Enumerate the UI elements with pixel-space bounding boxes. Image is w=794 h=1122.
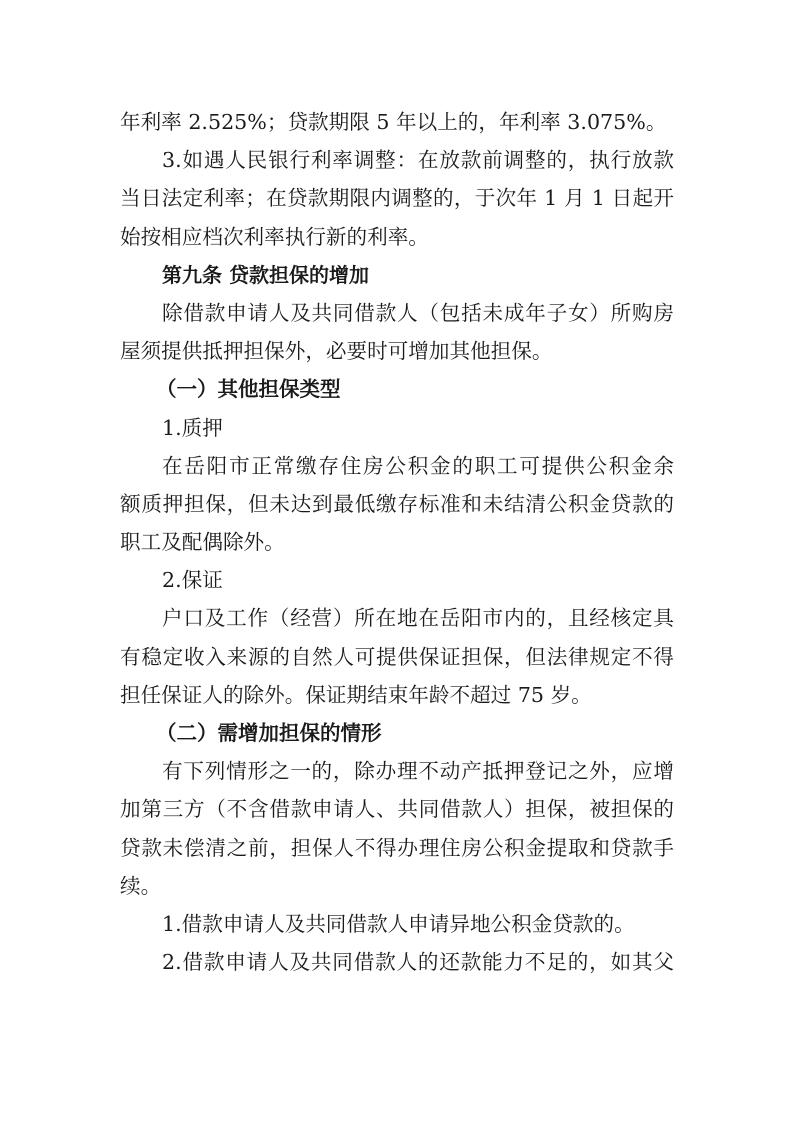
guarantee-paragraph-line-3: 担任保证人的除外。保证期结束年龄不超过 75 岁。 — [120, 676, 674, 714]
pledge-paragraph-line-3: 职工及配偶除外。 — [120, 523, 674, 561]
rate-adjustment-clause-line-3: 始按相应档次利率执行新的利率。 — [120, 218, 674, 256]
case-item-2: 2.借款申请人及共同借款人的还款能力不足的，如其父 — [120, 943, 674, 981]
cases-paragraph-line-4: 续。 — [120, 867, 674, 905]
pledge-paragraph: 在岳阳市正常缴存住房公积金的职工可提供公积金余 — [120, 447, 674, 485]
cases-paragraph: 有下列情形之一的，除办理不动产抵押登记之外，应增 — [120, 752, 674, 790]
rate-clause-continuation: 年利率 2.525%；贷款期限 5 年以上的，年利率 3.075%。 — [120, 103, 674, 141]
section-heading-additional-guarantee-cases: （二）需增加担保的情形 — [120, 714, 674, 752]
pledge-paragraph-line-2: 额质押担保，但未达到最低缴存标准和未结清公积金贷款的 — [120, 485, 674, 523]
rate-adjustment-clause: 3.如遇人民银行利率调整：在放款前调整的，执行放款 — [120, 141, 674, 179]
article-heading: 第九条 贷款担保的增加 — [120, 256, 674, 294]
document-page: 年利率 2.525%；贷款期限 5 年以上的，年利率 3.075%。 3.如遇人… — [120, 103, 674, 981]
case-item-1: 1.借款申请人及共同借款人申请异地公积金贷款的。 — [120, 905, 674, 943]
rate-adjustment-clause-line-2: 当日法定利率；在贷款期限内调整的，于次年 1 月 1 日起开 — [120, 179, 674, 217]
guarantee-paragraph: 户口及工作（经营）所在地在岳阳市内的，且经核定具 — [120, 599, 674, 637]
cases-paragraph-line-3: 贷款未偿清之前，担保人不得办理住房公积金提取和贷款手 — [120, 829, 674, 867]
cases-paragraph-line-2: 加第三方（不含借款申请人、共同借款人）担保，被担保的 — [120, 790, 674, 828]
subheading-pledge: 1.质押 — [120, 409, 674, 447]
subheading-guarantee: 2.保证 — [120, 561, 674, 599]
article-intro-paragraph: 除借款申请人及共同借款人（包括未成年子女）所购房 — [120, 294, 674, 332]
section-heading-other-guarantee-types: （一）其他担保类型 — [120, 370, 674, 408]
guarantee-paragraph-line-2: 有稳定收入来源的自然人可提供保证担保，但法律规定不得 — [120, 638, 674, 676]
article-intro-paragraph-line-2: 屋须提供抵押担保外，必要时可增加其他担保。 — [120, 332, 674, 370]
